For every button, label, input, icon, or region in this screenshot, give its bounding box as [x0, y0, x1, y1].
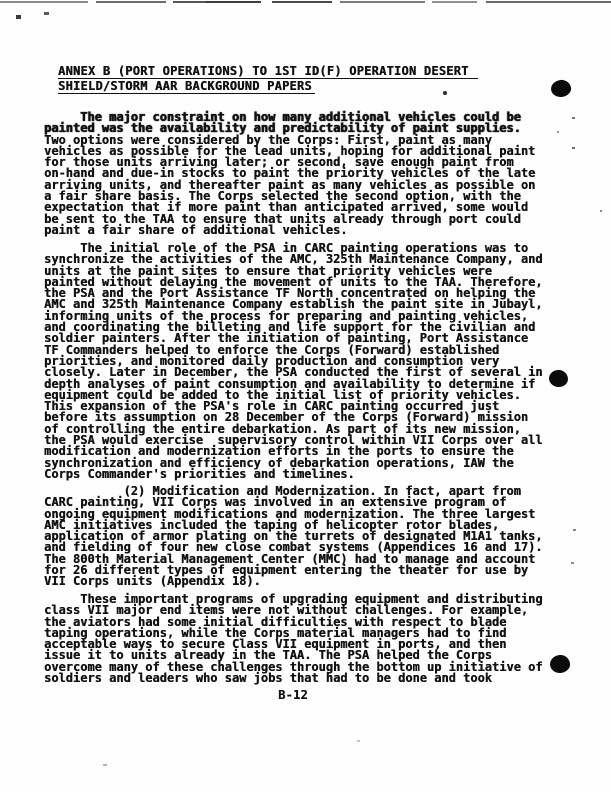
paragraph-upgrade-challenges: These important programs of upgrading eq… [44, 594, 554, 684]
scan-edge-artifact [272, 1, 332, 3]
paragraph-paint-constraint: The major constraint on how many additio… [44, 112, 554, 236]
document-title-line2: SHIELD/STORM AAR BACKGROUND PAPERS [58, 80, 315, 94]
text-line: soldiers and leaders who saw jobs that h… [44, 673, 554, 684]
text-line: Corps Commander's priorities and timelin… [44, 469, 554, 480]
scan-edge-artifact [340, 1, 425, 3]
scan-speck [557, 131, 559, 133]
paragraph-psa-carc-role: The initial role of the PSA in CARC pain… [44, 243, 554, 480]
text-line: paint a fair share of additional vehicle… [44, 225, 554, 236]
text-line: VII Corps units (Appendix 18). [44, 576, 554, 587]
scan-speck [103, 764, 107, 766]
document-title-line1: ANNEX B (PORT OPERATIONS) TO 1ST ID(F) O… [58, 65, 478, 79]
paragraph-modification-modernization: (2) Modification and Modernization. In f… [44, 486, 554, 588]
scan-speck [44, 12, 49, 15]
scan-speck [357, 740, 360, 742]
scan-speck [16, 15, 21, 19]
scan-speck [573, 529, 576, 531]
scan-edge-artifact [432, 1, 477, 3]
document-title: ANNEX B (PORT OPERATIONS) TO 1ST ID(F) O… [58, 65, 478, 95]
scan-speck [572, 117, 575, 119]
scan-edge-artifact [96, 1, 166, 3]
scanned-document-page: ANNEX B (PORT OPERATIONS) TO 1ST ID(F) O… [0, 0, 611, 792]
punch-dot [550, 79, 572, 99]
scan-edge-artifact [486, 1, 611, 3]
scan-speck [572, 147, 575, 149]
scan-edge-artifact [206, 1, 261, 3]
page-number: B-12 [44, 689, 542, 701]
scan-speck [571, 562, 574, 564]
scan-speck [600, 210, 602, 212]
scan-edge-artifact [0, 1, 88, 3]
